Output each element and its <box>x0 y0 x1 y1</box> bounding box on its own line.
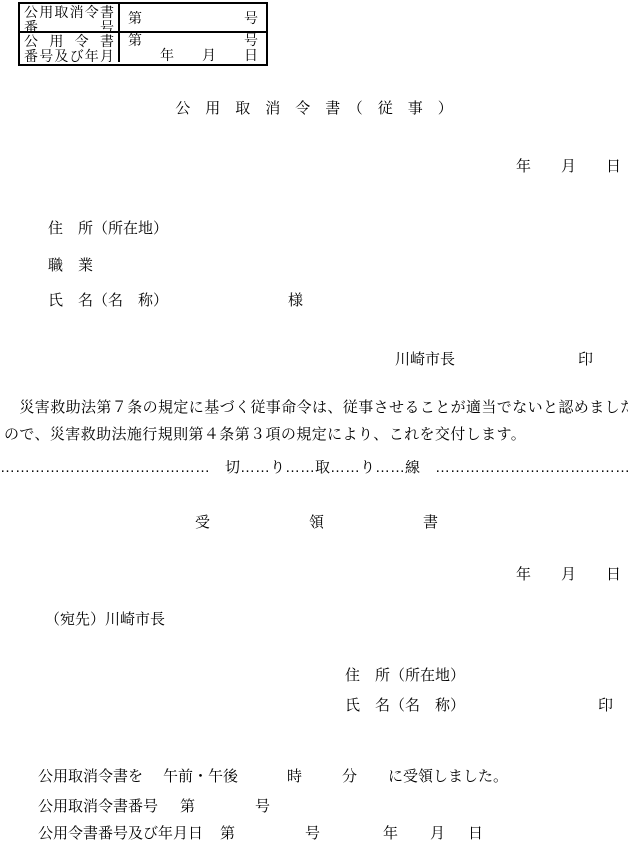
receipt-order-month-label: 月 <box>430 826 445 841</box>
cancel-order-number-value-cell: 第 号 <box>120 4 266 33</box>
receipt-date-line: 年 月 日 <box>516 567 621 582</box>
receipt-name-label: 氏 名（名 称） <box>345 698 465 713</box>
order-number-date: 年 月 日 <box>128 48 258 62</box>
document-title: 公 用 取 消 令 書 （ 従 事 ） <box>0 101 628 116</box>
cancel-order-number-prefix: 第 <box>128 11 142 25</box>
cut-line: …………………………………… 切……り……取……り……線 ……………………………… <box>0 460 628 475</box>
receipt-statement-part5: に受領しました。 <box>388 769 508 784</box>
recipient-address-label: 住 所（所在地） <box>48 221 168 236</box>
issuer-seal-mark: 印 <box>578 352 593 367</box>
receipt-addressee: （宛先）川崎市長 <box>45 612 165 627</box>
receipt-title-char1: 受 <box>195 515 210 530</box>
body-paragraph-line2: ので、災害救助法施行規則第４条第３項の規定により、これを交付します。 <box>4 421 626 448</box>
receipt-title: 受 領 書 <box>195 515 438 530</box>
order-number-date-label-line1: 公 用 令 書 <box>24 33 114 48</box>
receipt-address-label: 住 所（所在地） <box>345 668 465 683</box>
receipt-statement-hour-label: 時 <box>287 769 302 784</box>
order-number-date-value-cell: 第 号 年 月 日 <box>120 33 266 62</box>
receipt-order-year-label: 年 <box>383 826 398 841</box>
receipt-cancel-number-prefix: 第 <box>180 799 195 814</box>
document-page: 公用取消令書 番 号 第 号 公 用 令 書 番号及び年月日 第 号 年 月 日… <box>0 0 628 842</box>
order-number-date-label-cell: 公 用 令 書 番号及び年月日 <box>20 33 120 62</box>
cancel-order-number-suffix: 号 <box>244 11 258 25</box>
recipient-honorific: 様 <box>288 293 303 308</box>
receipt-statement-minute-label: 分 <box>342 769 357 784</box>
order-number-suffix: 号 <box>244 33 258 47</box>
recipient-occupation-label: 職 業 <box>48 258 93 273</box>
receipt-cancel-number-suffix: 号 <box>255 799 270 814</box>
order-number-date-label-line2: 番号及び年月日 <box>24 48 114 62</box>
cancel-order-number-label-line2: 番 号 <box>24 19 114 33</box>
receipt-seal-mark: 印 <box>598 698 613 713</box>
receipt-order-number-prefix: 第 <box>220 826 235 841</box>
receipt-order-day-label: 日 <box>468 826 483 841</box>
order-number-prefix: 第 <box>128 33 142 47</box>
cancel-order-number-label-cell: 公用取消令書 番 号 <box>20 4 120 33</box>
receipt-order-number-suffix: 号 <box>305 826 320 841</box>
receipt-statement-part1: 公用取消令書を <box>38 769 143 784</box>
body-paragraph-line1: 災害救助法第７条の規定に基づく従事命令は、従事させることが適当でないと認めました <box>4 394 626 421</box>
cancel-order-number-label-line1: 公用取消令書 <box>24 4 114 19</box>
receipt-order-number-label: 公用令書番号及び年月日 <box>38 826 203 841</box>
recipient-name-label: 氏 名（名 称） <box>48 293 168 308</box>
receipt-title-char2: 領 <box>309 515 324 530</box>
body-paragraph: 災害救助法第７条の規定に基づく従事命令は、従事させることが適当でないと認めました… <box>4 394 626 448</box>
receipt-statement-ampm: 午前・午後 <box>163 769 238 784</box>
receipt-title-char3: 書 <box>423 515 438 530</box>
receipt-cancel-number-label: 公用取消令書番号 <box>38 799 158 814</box>
issue-date-line: 年 月 日 <box>516 159 621 174</box>
header-number-table: 公用取消令書 番 号 第 号 公 用 令 書 番号及び年月日 第 号 年 月 日 <box>18 2 268 66</box>
issuer-name: 川崎市長 <box>395 352 455 367</box>
